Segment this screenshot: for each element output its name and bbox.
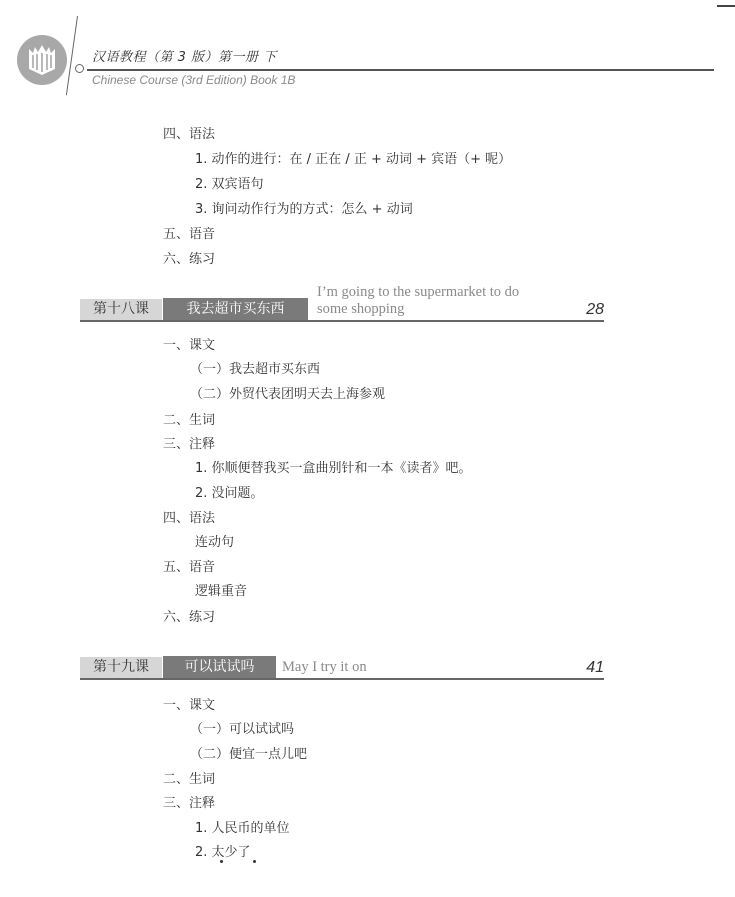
toc-section-heading: 一、课文 — [163, 694, 215, 713]
toc-subitem: 2. 太少了 — [195, 841, 251, 860]
toc-subitem: （一）我去超市买东西 — [190, 358, 320, 377]
toc-section-heading: 一、课文 — [163, 334, 215, 353]
toc-subitem: 1. 动作的进行：在 / 正在 / 正 + 动词 + 宾语（+ 呢） — [195, 148, 511, 167]
toc-section-heading: 六、练习 — [163, 248, 215, 267]
lesson-english-title-line2: some shopping — [317, 301, 404, 318]
toc-section-heading: 三、注释 — [163, 792, 215, 811]
corner-crop-mark — [717, 5, 735, 7]
lesson-rule — [80, 678, 604, 680]
page-number: 28 — [586, 301, 604, 319]
toc-section-heading: 四、语法 — [163, 507, 215, 526]
lesson-title: 我去超市买东西 — [163, 298, 308, 320]
toc-subitem: （一）可以试试吗 — [190, 718, 294, 737]
toc-subitem: 2. 没问题。 — [195, 482, 264, 501]
toc-subitem: 连动句 — [195, 531, 234, 550]
header-ornament-circle — [75, 64, 84, 73]
book-title-cn: 汉语教程（第 3 版）第一册 下 — [92, 46, 277, 65]
header-divider-slant — [66, 16, 78, 95]
toc-subitem: 2. 双宾语句 — [195, 173, 264, 192]
lesson-18-header[interactable]: 第十八课 我去超市买东西 I’m going to the supermarke… — [80, 298, 604, 322]
toc-section-heading: 四、语法 — [163, 123, 215, 142]
toc-subitem: 1. 你顺便替我买一盒曲别针和一本《读者》吧。 — [195, 457, 472, 476]
page-number: 41 — [586, 659, 604, 677]
toc-subitem: 逻辑重音 — [195, 580, 247, 599]
toc-section-heading: 六、练习 — [163, 606, 215, 625]
lesson-rule — [80, 320, 604, 322]
toc-subitem: 1. 人民币的单位 — [195, 817, 290, 836]
lesson-number: 第十九课 — [80, 657, 162, 678]
lesson-english-title: May I try it on — [282, 659, 367, 676]
book-title-en: Chinese Course (3rd Edition) Book 1B — [92, 73, 295, 87]
toc-section-heading: 二、生词 — [163, 409, 215, 428]
lesson-english-title-line1: I’m going to the supermarket to do — [317, 284, 519, 301]
toc-section-heading: 二、生词 — [163, 768, 215, 787]
emphasis-dot — [220, 860, 223, 863]
emphasis-dot — [253, 860, 256, 863]
header-rule — [87, 69, 714, 71]
book-logo-icon — [17, 35, 67, 85]
toc-subitem: （二）便宜一点儿吧 — [190, 743, 307, 762]
toc-subitem: （二）外贸代表团明天去上海参观 — [190, 383, 385, 402]
lesson-number: 第十八课 — [80, 299, 162, 320]
toc-section-heading: 五、语音 — [163, 556, 215, 575]
toc-subitem: 3. 询问动作行为的方式：怎么 + 动词 — [195, 198, 413, 217]
toc-section-heading: 三、注释 — [163, 433, 215, 452]
lesson-title: 可以试试吗 — [163, 656, 276, 678]
lesson-19-header[interactable]: 第十九课 可以试试吗 May I try it on 41 — [80, 656, 604, 680]
toc-section-heading: 五、语音 — [163, 223, 215, 242]
